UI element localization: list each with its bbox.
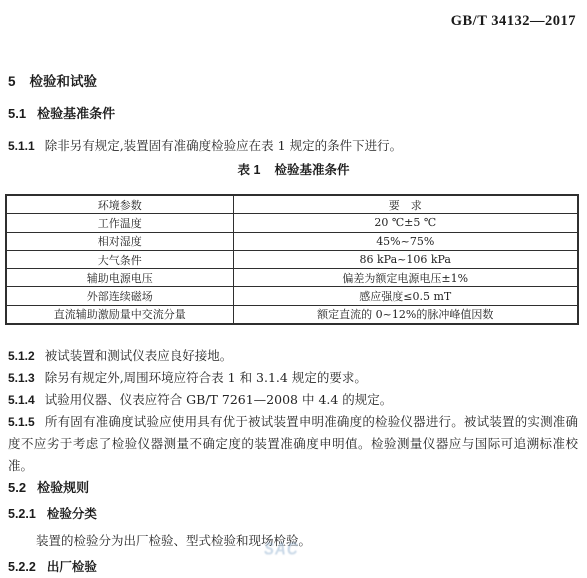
- section-5-2-title: 检验规则: [37, 480, 89, 495]
- clause-5-1-3: 5.1.3除另有规定外,周围环境应符合表 1 和 3.1.4 规定的要求。: [8, 368, 578, 388]
- clause-5-1-2: 5.1.2被试装置和测试仪表应良好接地。: [8, 346, 578, 366]
- table-1-caption: 表 1检验基准条件: [0, 160, 587, 178]
- sac-watermark: SAC: [264, 540, 299, 560]
- param-cell: 辅助电源电压: [6, 269, 233, 287]
- clause-text: 试验用仪器、仪表应符合 GB/T 7261—2008 中 4.4 的规定。: [45, 392, 393, 407]
- param-header-cell: 环境参数: [6, 195, 233, 214]
- section-heading-5-2-1: 5.2.1检验分类: [8, 504, 578, 522]
- table-caption-label: 表 1: [238, 163, 261, 177]
- section-5-title: 检验和试验: [30, 74, 98, 89]
- requirement-cell: 额定直流的 0~12%的脉冲峰值因数: [233, 305, 578, 324]
- section-heading-5-1: 5.1检验基准条件: [8, 103, 578, 122]
- requirement-cell: 感应强度≤0.5 mT: [233, 287, 578, 305]
- section-5-1-title: 检验基准条件: [37, 106, 115, 121]
- clause-text: 被试装置和测试仪表应良好接地。: [45, 348, 233, 363]
- param-cell: 直流辅助激励量中交流分量: [6, 305, 233, 324]
- clause-number: 5.1.3: [8, 371, 35, 385]
- section-5-2-2-title: 出厂检验: [47, 560, 97, 574]
- requirement-header-cell: 要 求: [233, 195, 578, 214]
- param-cell: 外部连续磁场: [6, 287, 233, 305]
- section-5-2-1-title: 检验分类: [47, 507, 97, 521]
- section-heading-5-2-2: 5.2.2出厂检验: [8, 557, 578, 575]
- clause-number: 5.1.5: [8, 415, 35, 429]
- section-5-2-number: 5.2: [8, 480, 26, 495]
- table-header-row: 环境参数 要 求: [6, 195, 578, 214]
- table-row: 外部连续磁场 感应强度≤0.5 mT: [6, 287, 578, 305]
- table-row: 辅助电源电压 偏差为额定电源电压±1%: [6, 269, 578, 287]
- table-row: 大气条件 86 kPa~106 kPa: [6, 250, 578, 268]
- clause-5-1-5: 5.1.5所有固有准确度试验应使用具有优于被试装置申明准确度的检验仪器进行。被试…: [8, 411, 578, 477]
- requirement-cell: 86 kPa~106 kPa: [233, 250, 578, 268]
- section-5-1-number: 5.1: [8, 106, 26, 121]
- table-caption-title: 检验基准条件: [274, 163, 349, 177]
- standard-number: GB/T 34132—2017: [451, 13, 576, 30]
- param-cell: 大气条件: [6, 250, 233, 268]
- clause-text: 所有固有准确度试验应使用具有优于被试装置申明准确度的检验仪器进行。被试装置的实测…: [8, 414, 578, 473]
- reference-conditions-table: 环境参数 要 求 工作温度 20 ℃±5 ℃ 相对湿度 45%~75% 大气条件…: [5, 194, 579, 325]
- clause-number: 5.1.4: [8, 393, 35, 407]
- clause-5-1-1: 5.1.1除非另有规定,装置固有准确度检验应在表 1 规定的条件下进行。: [8, 136, 578, 156]
- table-row: 相对湿度 45%~75%: [6, 232, 578, 250]
- requirement-cell: 20 ℃±5 ℃: [233, 214, 578, 232]
- clause-number: 5.1.1: [8, 139, 35, 153]
- requirement-cell: 45%~75%: [233, 232, 578, 250]
- param-cell: 工作温度: [6, 214, 233, 232]
- param-cell: 相对湿度: [6, 232, 233, 250]
- clause-text: 除非另有规定,装置固有准确度检验应在表 1 规定的条件下进行。: [45, 138, 402, 153]
- document-page: GB/T 34132—2017 5检验和试验 5.1检验基准条件 5.1.1除非…: [0, 0, 587, 578]
- table-row: 工作温度 20 ℃±5 ℃: [6, 214, 578, 232]
- section-5-number: 5: [8, 74, 16, 89]
- table-row: 直流辅助激励量中交流分量 额定直流的 0~12%的脉冲峰值因数: [6, 305, 578, 324]
- clause-5-1-4: 5.1.4试验用仪器、仪表应符合 GB/T 7261—2008 中 4.4 的规…: [8, 390, 578, 410]
- section-5-2-1-number: 5.2.1: [8, 507, 36, 521]
- section-heading-5-2: 5.2检验规则: [8, 477, 578, 496]
- clause-number: 5.1.2: [8, 349, 35, 363]
- clause-text: 除另有规定外,周围环境应符合表 1 和 3.1.4 规定的要求。: [45, 370, 367, 385]
- section-heading-5: 5检验和试验: [8, 70, 578, 90]
- requirement-cell: 偏差为额定电源电压±1%: [233, 269, 578, 287]
- section-5-2-2-number: 5.2.2: [8, 560, 36, 574]
